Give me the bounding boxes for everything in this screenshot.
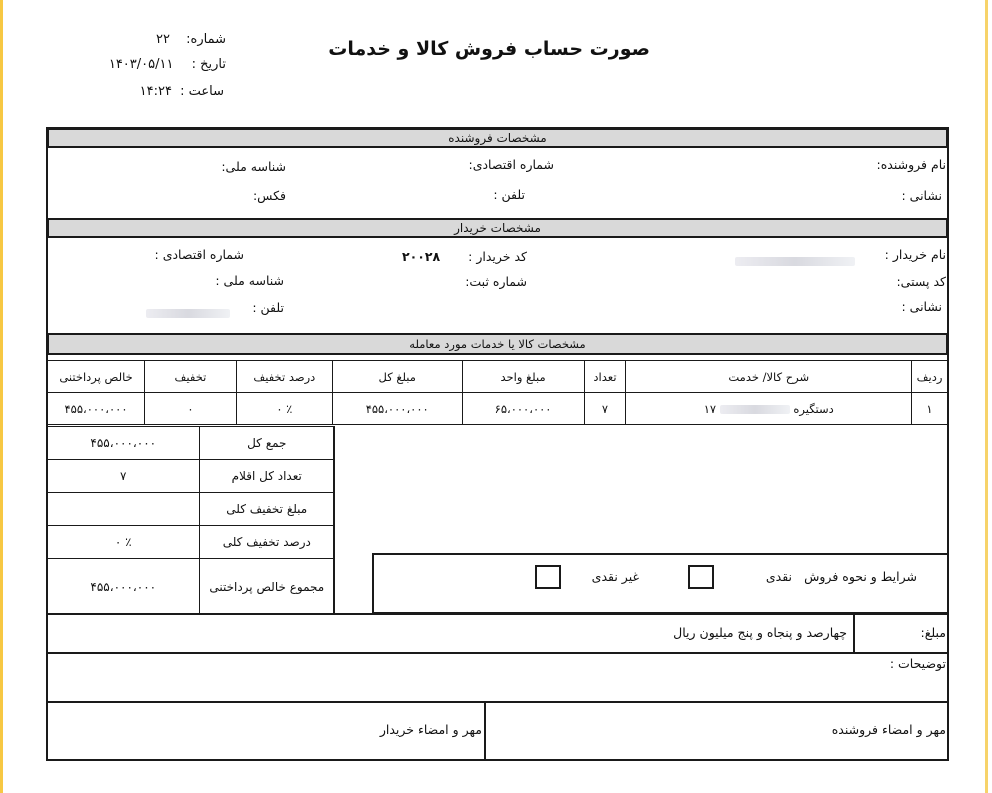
seller-address-label: نشانی : bbox=[901, 188, 942, 203]
summary-label: مبلغ تخفیف کلی bbox=[199, 493, 334, 526]
invoice-time-label: ساعت : bbox=[180, 84, 224, 99]
cash-checkbox[interactable] bbox=[688, 565, 714, 589]
description-suffix: ۱۷ bbox=[704, 402, 716, 416]
col-header-discount: تخفیف bbox=[145, 361, 237, 393]
divider bbox=[47, 701, 948, 703]
invoice-date-value: ۱۴۰۳/۰۵/۱۱ bbox=[109, 57, 174, 72]
seller-fax-label: فکس: bbox=[253, 188, 286, 203]
cell-row-no: ۱ bbox=[912, 393, 948, 425]
summary-table: جمع کل ۴۵۵،۰۰۰،۰۰۰ تعداد کل اقلام ۷ مبلغ… bbox=[47, 426, 335, 615]
description-text: دستگیره bbox=[793, 402, 833, 416]
col-header-description: شرح کالا/ خدمت bbox=[626, 361, 912, 393]
col-header-net-payable: خالص پرداختنی bbox=[48, 361, 145, 393]
summary-row-discount-amount: مبلغ تخفیف کلی bbox=[48, 493, 335, 526]
divider bbox=[484, 702, 486, 760]
buyer-name-label: نام خریدار : bbox=[885, 247, 946, 262]
summary-label: مجموع خالص پرداختنی bbox=[199, 559, 334, 615]
items-section-title: مشخصات کالا یا خدمات مورد معامله bbox=[409, 337, 585, 351]
summary-value: ۴۵۵،۰۰۰،۰۰۰ bbox=[48, 427, 200, 460]
seller-phone-label: تلفن : bbox=[493, 187, 525, 202]
cell-discount: ۰ bbox=[145, 393, 237, 425]
invoice-date: تاریخ : ۱۴۰۳/۰۵/۱۱ bbox=[80, 57, 226, 72]
summary-row-discount-percent: درصد تخفیف کلی ٪ ۰ bbox=[48, 526, 335, 559]
seller-signature-label: مهر و امضاء فروشنده bbox=[832, 722, 946, 737]
summary-value bbox=[48, 493, 200, 526]
summary-row-item-count: تعداد کل اقلام ۷ bbox=[48, 460, 335, 493]
buyer-section-title: مشخصات خریدار bbox=[454, 221, 541, 235]
col-header-row-no: ردیف bbox=[912, 361, 948, 393]
seller-name-label: نام فروشنده: bbox=[877, 157, 946, 172]
invoice-number-value: ۲۲ bbox=[156, 32, 170, 47]
notes-label: توضیحات : bbox=[890, 656, 946, 671]
amount-label: مبلغ: bbox=[921, 625, 946, 640]
seller-section-header: مشخصات فروشنده bbox=[47, 128, 948, 148]
buyer-national-id-label: شناسه ملی : bbox=[215, 273, 284, 288]
payment-terms-label: شرایط و نحوه فروش bbox=[804, 569, 917, 584]
items-section-header: مشخصات کالا یا خدمات مورد معامله bbox=[47, 333, 948, 355]
cell-net-payable: ۴۵۵،۰۰۰،۰۰۰ bbox=[48, 393, 145, 425]
table-row: ۱ دستگیره ۱۷ ۷ ۶۵،۰۰۰،۰۰۰ ۴۵۵،۰۰۰،۰۰۰ ٪ … bbox=[48, 393, 948, 425]
summary-value: ۴۵۵،۰۰۰،۰۰۰ bbox=[48, 559, 200, 615]
invoice-time-value: ۱۴:۲۴ bbox=[140, 84, 172, 99]
amount-in-words: چهارصد و پنجاه و پنج میلیون ریال bbox=[673, 625, 847, 640]
items-table: ردیف شرح کالا/ خدمت تعداد مبلغ واحد مبلغ… bbox=[47, 360, 948, 425]
divider bbox=[47, 613, 948, 615]
buyer-phone-label: تلفن : bbox=[252, 300, 284, 315]
buyer-phone-value-redacted bbox=[146, 303, 230, 322]
invoice-time: ساعت : ۱۴:۲۴ bbox=[110, 84, 224, 99]
description-redacted bbox=[720, 405, 790, 414]
invoice-date-label: تاریخ : bbox=[192, 57, 226, 72]
invoice-number-label: شماره: bbox=[186, 32, 226, 47]
buyer-postal-code-label: کد پستی: bbox=[896, 274, 946, 289]
seller-section-title: مشخصات فروشنده bbox=[448, 131, 546, 145]
right-edge-strip bbox=[985, 0, 988, 793]
non-cash-label: غیر نقدی bbox=[592, 569, 639, 584]
col-header-unit-price: مبلغ واحد bbox=[462, 361, 584, 393]
summary-row-grand-total: جمع کل ۴۵۵،۰۰۰،۰۰۰ bbox=[48, 427, 335, 460]
buyer-registration-no-label: شماره ثبت: bbox=[465, 274, 527, 289]
invoice-number: شماره: ۲۲ bbox=[120, 32, 226, 47]
cell-total: ۴۵۵،۰۰۰،۰۰۰ bbox=[332, 393, 462, 425]
col-header-quantity: تعداد bbox=[584, 361, 626, 393]
cell-quantity: ۷ bbox=[584, 393, 626, 425]
summary-label: جمع کل bbox=[199, 427, 334, 460]
cash-label: نقدی bbox=[766, 569, 792, 584]
buyer-section-header: مشخصات خریدار bbox=[47, 218, 948, 238]
buyer-name-value-redacted bbox=[735, 251, 855, 270]
buyer-code-label: کد خریدار : bbox=[468, 249, 527, 264]
seller-national-id-label: شناسه ملی: bbox=[221, 159, 286, 174]
divider bbox=[47, 652, 948, 654]
cell-unit-price: ۶۵،۰۰۰،۰۰۰ bbox=[462, 393, 584, 425]
buyer-signature-label: مهر و امضاء خریدار bbox=[380, 722, 482, 737]
divider bbox=[853, 614, 855, 653]
cell-description: دستگیره ۱۷ bbox=[626, 393, 912, 425]
summary-value: ٪ ۰ bbox=[48, 526, 200, 559]
items-header-row: ردیف شرح کالا/ خدمت تعداد مبلغ واحد مبلغ… bbox=[48, 361, 948, 393]
summary-row-net-total: مجموع خالص پرداختنی ۴۵۵،۰۰۰،۰۰۰ bbox=[48, 559, 335, 615]
divider bbox=[333, 426, 335, 613]
buyer-address-label: نشانی : bbox=[901, 299, 942, 314]
seller-economic-no-label: شماره اقتصادی: bbox=[469, 157, 555, 172]
summary-value: ۷ bbox=[48, 460, 200, 493]
col-header-total: مبلغ کل bbox=[332, 361, 462, 393]
cell-discount-percent: ٪ ۰ bbox=[236, 393, 332, 425]
buyer-code-value: ۲۰۰۲۸ bbox=[402, 249, 440, 264]
col-header-discount-percent: درصد تخفیف bbox=[236, 361, 332, 393]
non-cash-checkbox[interactable] bbox=[535, 565, 561, 589]
left-edge-strip bbox=[0, 0, 3, 793]
buyer-economic-no-label: شماره اقتصادی : bbox=[155, 247, 244, 262]
invoice-title: صورت حساب فروش کالا و خدمات bbox=[360, 38, 650, 60]
summary-label: تعداد کل اقلام bbox=[199, 460, 334, 493]
summary-label: درصد تخفیف کلی bbox=[199, 526, 334, 559]
